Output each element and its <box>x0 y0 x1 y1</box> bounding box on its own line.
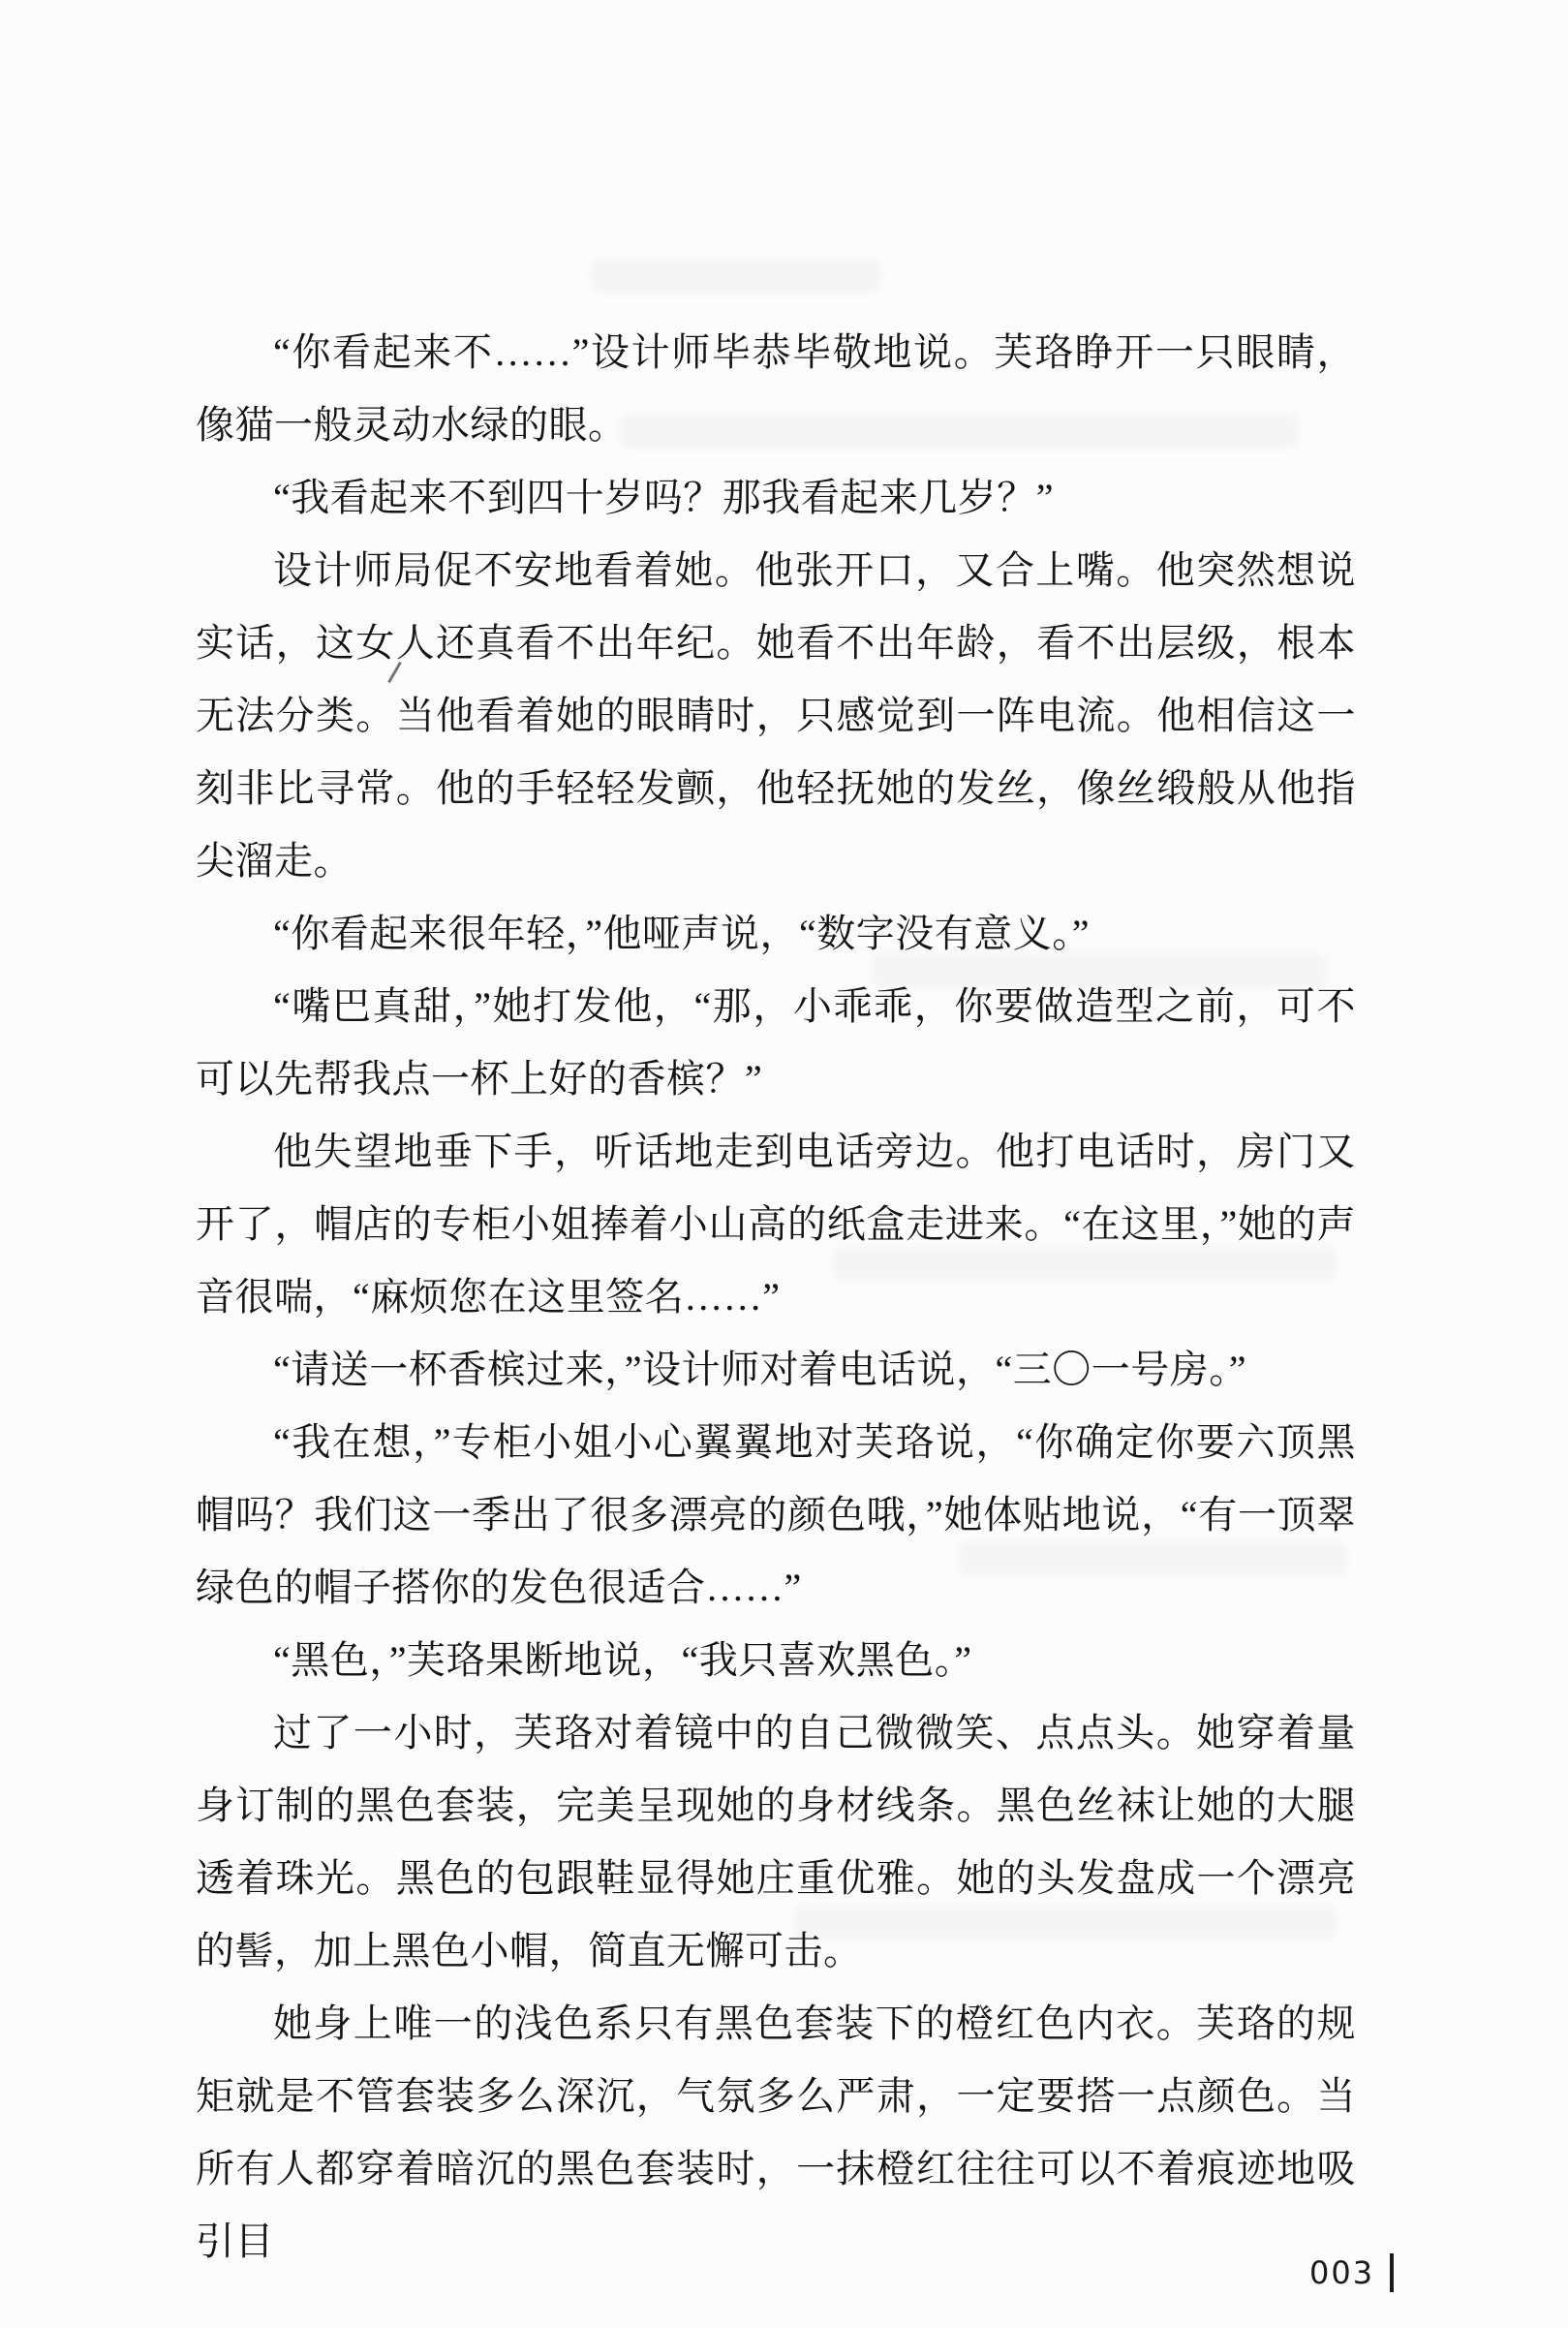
page-footer: 003 <box>1309 2253 1394 2292</box>
paragraph: “请送一杯香槟过来，”设计师对着电话说，“三〇一号房。” <box>196 1333 1356 1406</box>
paragraph: “你看起来很年轻，”他哑声说，“数字没有意义。” <box>196 897 1356 970</box>
page-number: 003 <box>1309 2254 1374 2291</box>
paragraph: 过了一小时，芙珞对着镜中的自己微微笑、点点头。她穿着量身订制的黑色套装，完美呈现… <box>196 1696 1356 1987</box>
paragraph: 她身上唯一的浅色系只有黑色套装下的橙红色内衣。芙珞的规矩就是不管套装多么深沉，气… <box>196 1987 1356 2278</box>
paragraph: “黑色，”芙珞果断地说，“我只喜欢黑色。” <box>196 1624 1356 1696</box>
paragraph: “我在想，”专柜小姐小心翼翼地对芙珞说，“你确定你要六顶黑帽吗？我们这一季出了很… <box>196 1406 1356 1624</box>
paragraph: “嘴巴真甜，”她打发他，“那，小乖乖，你要做造型之前，可不可以先帮我点一杯上好的… <box>196 970 1356 1115</box>
paragraph: “你看起来不……”设计师毕恭毕敬地说。芙珞睁开一只眼睛，像猫一般灵动水绿的眼。 <box>196 316 1356 461</box>
book-page: “你看起来不……”设计师毕恭毕敬地说。芙珞睁开一只眼睛，像猫一般灵动水绿的眼。 … <box>0 0 1568 2328</box>
paragraph: 他失望地垂下手，听话地走到电话旁边。他打电话时，房门又开了，帽店的专柜小姐捧着小… <box>196 1115 1356 1333</box>
paragraph: 设计师局促不安地看着她。他张开口，又合上嘴。他突然想说实话，这女人还真看不出年纪… <box>196 534 1356 897</box>
paragraph: “我看起来不到四十岁吗？那我看起来几岁？” <box>196 461 1356 534</box>
footer-rule <box>1390 2253 1394 2292</box>
body-text: “你看起来不……”设计师毕恭毕敬地说。芙珞睁开一只眼睛，像猫一般灵动水绿的眼。 … <box>196 316 1356 2278</box>
scan-artifact <box>591 260 881 293</box>
